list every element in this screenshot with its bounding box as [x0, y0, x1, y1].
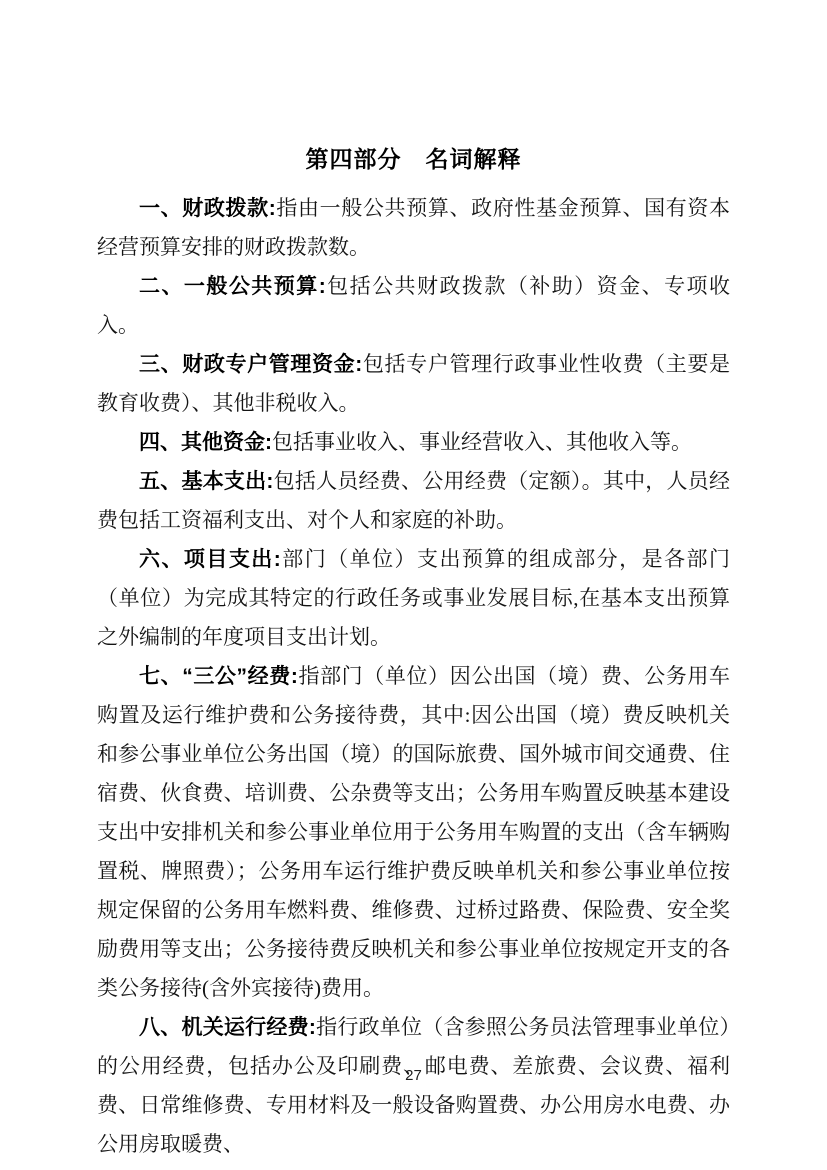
definition-term: 四、其他资金: — [139, 431, 272, 454]
definition-term: 三、财政专户管理资金: — [139, 353, 362, 376]
definition-term: 五、基本支出: — [139, 470, 273, 493]
definition-paragraph: 五、基本支出:包括人员经费、公用经费（定额）。其中，人员经费包括工资福利支出、对… — [97, 462, 730, 540]
definition-body: 指部门（单位）因公出国（境）费、公务用车购置及运行维护费和公务接待费，其中:因公… — [97, 664, 730, 1000]
definition-term: 七、“三公”经费: — [139, 665, 298, 688]
definition-paragraph: 六、项目支出:部门（单位）支出预算的组成部分，是各部门（单位）为完成其特定的行政… — [97, 540, 730, 657]
page-title: 第四部分 名词解释 — [0, 144, 827, 174]
definition-term: 二、一般公共预算: — [139, 275, 326, 298]
definition-paragraph: 四、其他资金:包括事业收入、事业经营收入、其他收入等。 — [97, 423, 730, 462]
page-number: 27 — [0, 1065, 827, 1087]
definition-paragraph: 二、一般公共预算:包括公共财政拨款（补助）资金、专项收入。 — [97, 267, 730, 345]
definition-body: 包括事业收入、事业经营收入、其他收入等。 — [272, 430, 692, 454]
definition-paragraph: 一、财政拨款:指由一般公共预算、政府性基金预算、国有资本经营预算安排的财政拨款数… — [97, 189, 730, 267]
definition-paragraph: 七、“三公”经费:指部门（单位）因公出国（境）费、公务用车购置及运行维护费和公务… — [97, 657, 730, 1008]
definition-term: 六、项目支出: — [139, 548, 281, 571]
definition-term: 八、机关运行经费: — [139, 1016, 316, 1039]
definitions-list: 一、财政拨款:指由一般公共预算、政府性基金预算、国有资本经营预算安排的财政拨款数… — [97, 189, 730, 1164]
definition-term: 一、财政拨款: — [139, 197, 276, 220]
document-page: 第四部分 名词解释 一、财政拨款:指由一般公共预算、政府性基金预算、国有资本经营… — [0, 0, 827, 1170]
definition-paragraph: 三、财政专户管理资金:包括专户管理行政事业性收费（主要是教育收费）、其他非税收入… — [97, 345, 730, 423]
